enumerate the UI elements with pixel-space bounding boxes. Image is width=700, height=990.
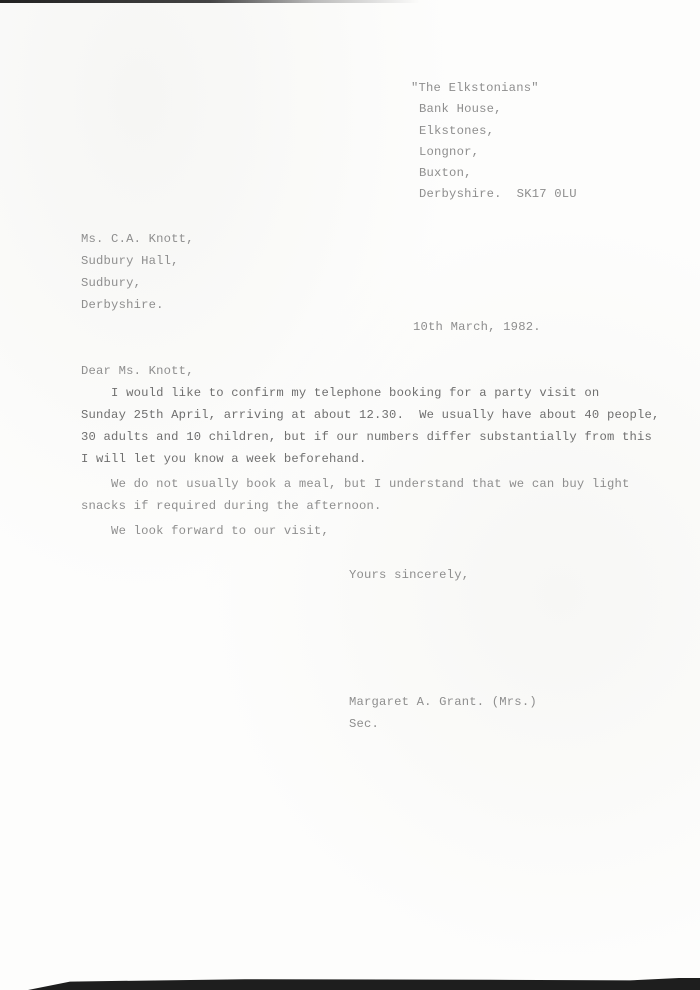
sender-address-line: Elkstones, [419,124,494,138]
signature-title: Sec. [349,717,379,731]
scan-edge-top [0,0,700,3]
recipient-address-line: Derbyshire. [81,298,164,312]
scan-edge-bottom [0,978,700,990]
body-line: Sunday 25th April, arriving at about 12.… [81,408,660,422]
letter-date: 10th March, 1982. [413,320,541,334]
salutation: Dear Ms. Knott, [81,364,194,378]
signature-name: Margaret A. Grant. (Mrs.) [349,695,537,709]
body-line: 30 adults and 10 children, but if our nu… [81,430,652,444]
recipient-address-line: Sudbury, [81,276,141,290]
body-line: We look forward to our visit, [81,524,329,538]
sender-address-line: Derbyshire. SK17 0LU [419,187,577,201]
sender-address-line: "The Elkstonians" [411,81,539,95]
recipient-address-line: Sudbury Hall, [81,254,179,268]
letter-page: "The Elkstonians" Bank House, Elkstones,… [0,0,700,990]
closing: Yours sincerely, [349,568,469,582]
body-line: We do not usually book a meal, but I und… [81,477,630,491]
recipient-address-line: Ms. C.A. Knott, [81,232,194,246]
body-line: I would like to confirm my telephone boo… [81,386,599,400]
sender-address-line: Buxton, [419,166,472,180]
sender-address-line: Longnor, [419,145,479,159]
body-line: I will let you know a week beforehand. [81,452,367,466]
body-line: snacks if required during the afternoon. [81,499,382,513]
sender-address-line: Bank House, [419,102,502,116]
